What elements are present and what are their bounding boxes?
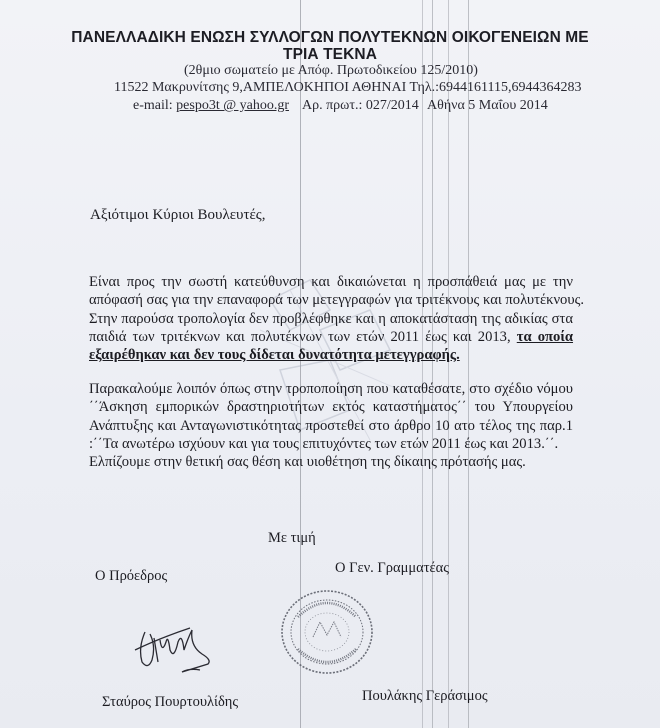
text-line: Ελπίζουμε στην θετική σας θέση και υιοθέ… (89, 453, 573, 471)
text-line: Στην παρούσα τροπολογία δεν προβλέφθηκε … (89, 310, 573, 328)
salutation: Αξιότιμοι Κύριοι Βουλευτές, (90, 207, 265, 224)
email-link[interactable]: pespo3t @ yahoo.gr (176, 98, 289, 113)
protocol-number: Αρ. πρωτ.: 027/2014 (302, 98, 419, 114)
address-phone: 11522 Μακρυνίτσης 9,ΑΜΠΕΛΟΚΗΠΟΙ ΑΘΗΝΑΙ Τ… (114, 80, 582, 96)
scanned-letter-page: ΠΑΝΕΛΛΑΔΙΚΗ ΕΝΩΣΗ ΣΥΛΛΟΓΩΝ ΠΟΛΥΤΕΚΝΩΝ ΟΙ… (0, 0, 660, 728)
place-date: Αθήνα 5 Μαΐου 2014 (427, 98, 548, 114)
paragraph-1: Είναι προς την σωστή κατεύθυνση και δικα… (89, 273, 573, 364)
text-line: ΄΄Άσκηση εμπορικών δραστηριοτήτων εκτός … (89, 398, 573, 416)
email-line: e-mail: pespo3t @ yahoo.gr (133, 98, 289, 114)
text-segment: παιδιά των τριτέκνων και πολυτέκνων των … (89, 329, 517, 345)
text-line: Παρακαλούμε λοιπόν όπως στην τροποποίηση… (89, 380, 573, 398)
text-line: εξαιρέθηκαν και δεν τους δίδεται δυνατότ… (89, 346, 573, 364)
text-line: παιδιά των τριτέκνων και πολυτέκνων των … (89, 328, 573, 346)
text-line: απόφασή σας για την επαναφορά των μετεγγ… (89, 291, 573, 309)
paragraph-2: Παρακαλούμε λοιπόν όπως στην τροποποίηση… (89, 380, 573, 471)
organization-name: ΠΑΝΕΛΛΑΔΙΚΗ ΕΝΩΣΗ ΣΥΛΛΟΓΩΝ ΠΟΛΥΤΕΚΝΩΝ ΟΙ… (0, 29, 660, 47)
secretary-title: Ο Γεν. Γραμματέας (335, 560, 449, 577)
text-line: :΄΄Τα ανωτέρω ισχύουν και για τους επιτυ… (89, 435, 573, 453)
registration-info: (2θμιο σωματείο με Απόφ. Πρωτοδικείου 12… (184, 63, 478, 79)
emphasis-text: εξαιρέθηκαν και δεν τους δίδεται δυνατότ… (89, 347, 460, 363)
text-line: Είναι προς την σωστή κατεύθυνση και δικα… (89, 273, 573, 291)
organization-name-line2: ΤΡΙΑ ΤΕΚΝΑ (0, 46, 660, 64)
president-title: Ο Πρόεδρος (95, 568, 167, 585)
email-label: e-mail: (133, 98, 176, 113)
text-line: Ανάπτυξης και Ανταγωνιστικότητας προστεθ… (89, 417, 573, 435)
official-seal-icon (278, 587, 376, 677)
secretary-name: Πουλάκης Γεράσιμος (362, 688, 488, 705)
handwritten-signature-icon (130, 620, 225, 675)
closing-regards: Με τιμή (268, 530, 316, 547)
president-name: Σταύρος Πουρτουλίδης (102, 694, 238, 711)
emphasis-text: τα οποία (517, 329, 573, 345)
